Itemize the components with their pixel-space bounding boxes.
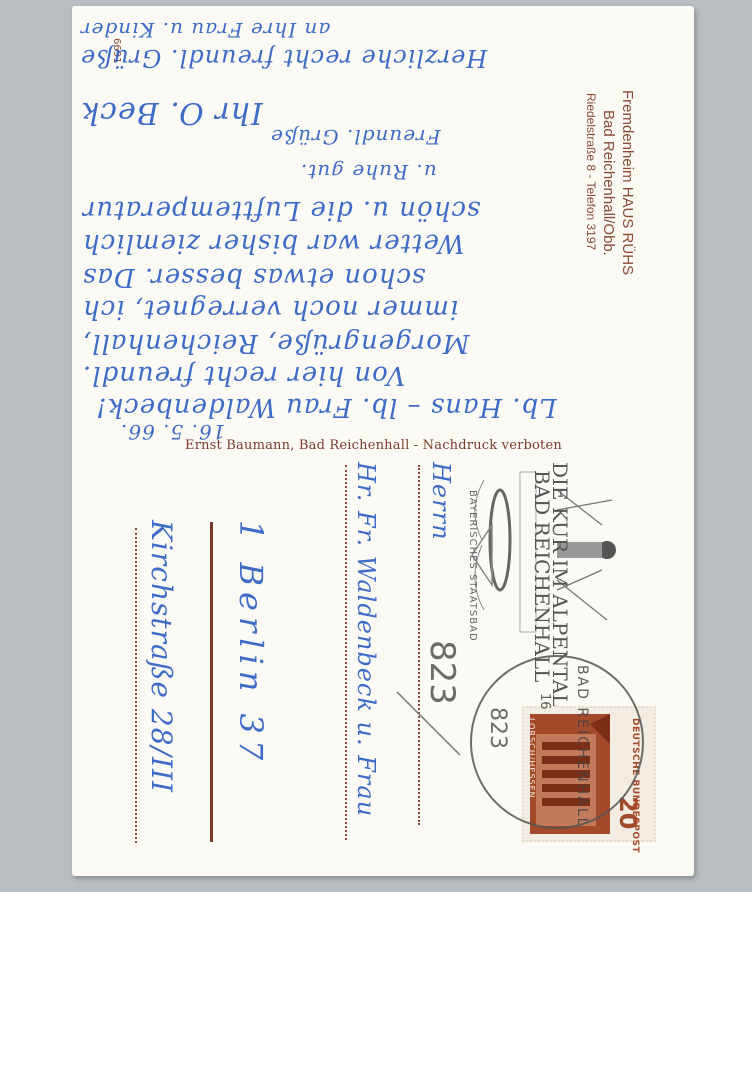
publisher-line: Ernst Baumann, Bad Reichenhall - Nachdru… xyxy=(185,438,562,453)
address-line-1: Herrn xyxy=(427,462,455,541)
handwritten-line: schon etwas besser. Das xyxy=(82,262,425,292)
spa-stamp-center-text: BAD REICHENHALL xyxy=(530,470,554,682)
address-dotted-line xyxy=(418,465,420,825)
address-line-3: 1 Berlin 37 xyxy=(232,520,270,766)
handwritten-line: Von hier recht freundl. xyxy=(82,360,405,390)
address-line-2: Hr. Fr. Waldenbeck u. Frau xyxy=(352,462,380,817)
postmark-postcode: 823 xyxy=(485,707,510,749)
handwritten-line: schön u. die Lufttemperatur xyxy=(82,195,480,225)
handwritten-greeting: Lb. Hans – lb. Frau Waldenbeck! xyxy=(95,392,557,422)
handwritten-line: Morgengrüße, Reichenhall, xyxy=(82,328,469,358)
spa-stamp-ring-text: BAYERISCHES STAATSBAD xyxy=(467,490,478,642)
handwritten-line: Wetter war bisher ziemlich xyxy=(82,228,465,258)
postmark-date: 16 xyxy=(537,693,552,710)
address-dotted-line xyxy=(345,465,347,840)
address-line-4: Kirchstraße 28/III xyxy=(145,520,178,793)
handwritten-line: Freundl. Grüße xyxy=(270,125,441,149)
handwritten-line: immer noch verregnet, ich xyxy=(82,294,458,324)
handwritten-signature: Ihr O. Beck xyxy=(80,95,263,130)
handwritten-line: u. Ruhe gut. xyxy=(300,160,437,184)
address-divider xyxy=(210,522,213,842)
postmark: BAD REICHENHALL 16 823 xyxy=(470,655,644,829)
handwritten-line: an Ihre Frau u. Kinder xyxy=(80,18,330,42)
address-dotted-line xyxy=(135,528,137,843)
imprint-line-1: Fremdenheim HAUS RÜHS xyxy=(619,90,636,275)
pencil-stroke xyxy=(395,690,465,760)
handwritten-line: Herzliche recht freundl. Grüße xyxy=(80,44,487,72)
spa-cancellation-stamp: DIE KUR IM ALPENTAL BAD REICHENHALL BAYE… xyxy=(462,470,652,640)
postmark-town: BAD REICHENHALL xyxy=(574,665,590,827)
imprint-line-3: Riedelstraße 8 - Telefon 3197 xyxy=(584,93,598,250)
imprint-line-2: Bad Reichenhall/Obb. xyxy=(600,110,617,256)
